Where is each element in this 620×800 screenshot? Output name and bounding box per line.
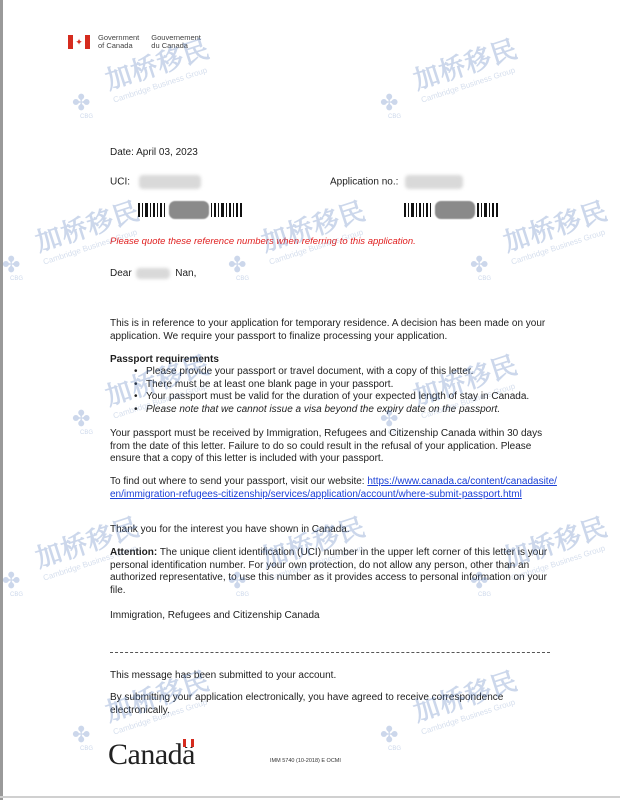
submitted-note: This message has been submitted to your … xyxy=(110,670,336,683)
date-line: Date: April 03, 2023 xyxy=(110,147,198,160)
requirement-item: There must be at least one blank page in… xyxy=(146,379,570,392)
consent-note: By submitting your application electroni… xyxy=(110,692,530,717)
maple-leaf-icon: ✤ xyxy=(380,90,398,116)
uci-label: UCI: xyxy=(110,177,130,188)
application-label: Application no.: xyxy=(330,177,398,188)
attention-paragraph: Attention: The unique client identificat… xyxy=(110,547,560,597)
uci-barcode xyxy=(138,203,244,217)
watermark: ✤加桥移民Cambridge Business GroupCBG xyxy=(72,62,262,132)
signature: Immigration, Refugees and Citizenship Ca… xyxy=(110,610,320,623)
deadline-paragraph: Your passport must be received by Immigr… xyxy=(110,428,550,466)
salutation: Dear Nan, xyxy=(110,268,196,281)
maple-leaf-icon: ✤ xyxy=(470,252,488,278)
requirement-item: Please note that we cannot issue a visa … xyxy=(146,404,570,417)
watermark: ✤加桥移民Cambridge Business GroupCBG xyxy=(380,62,570,132)
website-paragraph: To find out where to send your passport,… xyxy=(110,476,570,501)
page-border-bottom xyxy=(0,796,620,798)
watermark: ✤加桥移民Cambridge Business GroupCBG xyxy=(228,224,418,294)
watermark: ✤加桥移民Cambridge Business GroupCBG xyxy=(470,224,620,294)
requirements-heading: Passport requirements xyxy=(110,354,219,367)
requirement-item: Please provide your passport or travel d… xyxy=(146,366,570,379)
maple-leaf-icon: ✤ xyxy=(72,90,90,116)
attention-text: The unique client identification (UCI) n… xyxy=(110,547,547,596)
requirements-list: Please provide your passport or travel d… xyxy=(110,366,570,416)
maple-leaf-icon: ✤ xyxy=(380,722,398,748)
application-line: Application no.: xyxy=(330,175,463,189)
attention-label: Attention: xyxy=(110,547,157,558)
intro-paragraph: This is in reference to your application… xyxy=(110,318,560,343)
watermark: ✤加桥移民Cambridge Business GroupCBG xyxy=(2,224,192,294)
gov-fr: Gouvernement du Canada xyxy=(151,34,201,50)
divider xyxy=(110,652,550,653)
salutation-suffix: Nan, xyxy=(175,268,196,279)
wordmark-flag-icon xyxy=(183,739,194,747)
date-value: April 03, 2023 xyxy=(136,147,198,158)
canada-flag-icon: ✦ xyxy=(68,35,90,49)
maple-leaf-icon: ✤ xyxy=(228,252,246,278)
canada-wordmark: Canadä xyxy=(108,738,195,772)
maple-leaf-icon: ✤ xyxy=(72,406,90,432)
government-signature: ✦ Government of Canada Gouvernement du C… xyxy=(68,34,201,50)
requirements-list-wrap: Please provide your passport or travel d… xyxy=(110,366,570,416)
reference-note: Please quote these reference numbers whe… xyxy=(110,236,416,247)
maple-leaf-icon: ✤ xyxy=(72,722,90,748)
website-intro: To find out where to send your passport,… xyxy=(110,476,365,487)
uci-value-redacted xyxy=(139,175,201,189)
form-code: IMM 5740 (10-2018) E OCMI xyxy=(270,758,341,764)
page-border xyxy=(0,0,3,800)
salutation-prefix: Dear xyxy=(110,268,132,279)
application-value-redacted xyxy=(405,175,463,189)
gov-en: Government of Canada xyxy=(98,34,139,50)
uci-line: UCI: xyxy=(110,175,201,189)
requirement-item: Your passport must be valid for the dura… xyxy=(146,391,570,404)
date-label: Date: xyxy=(110,147,134,158)
maple-leaf-icon: ✤ xyxy=(2,568,20,594)
maple-leaf-icon: ✤ xyxy=(2,252,20,278)
thanks-line: Thank you for the interest you have show… xyxy=(110,524,350,537)
application-barcode xyxy=(404,203,500,217)
name-redacted xyxy=(136,268,170,279)
